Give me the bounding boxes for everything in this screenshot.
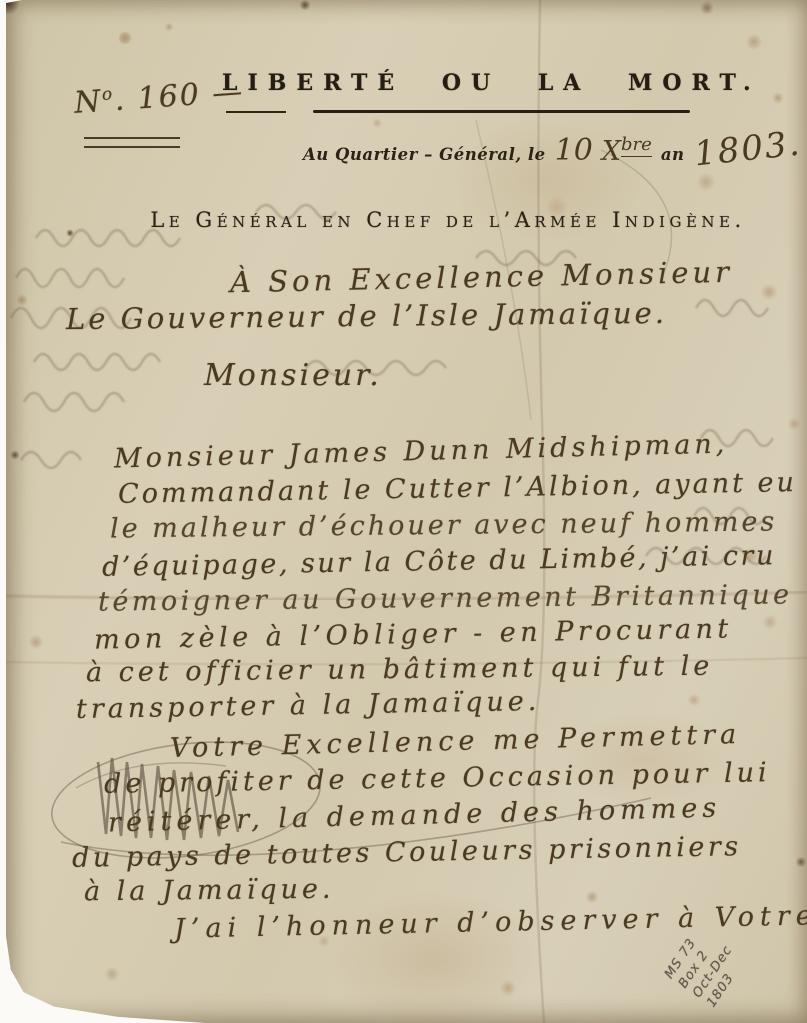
body-line: à cet officier un bâtiment qui fut le <box>86 651 714 689</box>
dateline-printed-an: an <box>661 145 685 164</box>
body-line: témoigner au Gouvernement Britannique <box>98 579 793 617</box>
dateline-day: 10 <box>555 133 593 168</box>
body-line: d’équipage, sur la Côte du Limbé, j’ai c… <box>102 540 776 583</box>
motto-rule-long <box>313 110 690 113</box>
dateline-printed-place: Au Quartier – Général, le <box>303 145 546 164</box>
body-line: Votre Excellence me Permettra <box>170 719 742 764</box>
scanned-letter: No. 160 — LIBERTÉ OU LA MORT. Au Quartie… <box>0 0 807 1023</box>
body-line: mon zèle à l’Obliger - en Procurant <box>94 613 733 655</box>
issuer-title-line: Le Général en Chef de l’Armée Indigène. <box>124 208 772 232</box>
motto-headline: LIBERTÉ OU LA MORT. <box>222 70 761 96</box>
body-line: du pays de toutes Couleurs prisonniers <box>72 831 742 874</box>
body-line: le malheur d’échouer avec neuf hommes <box>110 507 778 545</box>
double-rule-ornament <box>84 137 180 148</box>
address-line-2: Le Gouverneur de l’Isle Jamaïque. <box>66 296 667 336</box>
body-line: Monsieur James Dunn Midshipman, <box>114 428 729 474</box>
body-line: Commandant le Cutter l’Albion, ayant eu <box>118 467 797 510</box>
address-line-1: À Son Excellence Monsieur <box>230 255 734 300</box>
dateline: Au Quartier – Général, le 10 Xbre an 180… <box>303 129 801 169</box>
motto-rule-short <box>226 111 286 113</box>
letter-paper: No. 160 — LIBERTÉ OU LA MORT. Au Quartie… <box>6 0 807 1023</box>
dateline-month: Xbre <box>602 134 652 167</box>
dateline-year: 1803. <box>692 123 803 174</box>
salutation: Monsieur. <box>204 358 382 393</box>
body-line: transporter à la Jamaïque. <box>76 686 541 725</box>
document-number: No. 160 — <box>73 74 245 121</box>
body-line: réitérer, la demande des hommes <box>108 793 722 839</box>
body-line: à la Jamaïque. <box>84 874 335 908</box>
